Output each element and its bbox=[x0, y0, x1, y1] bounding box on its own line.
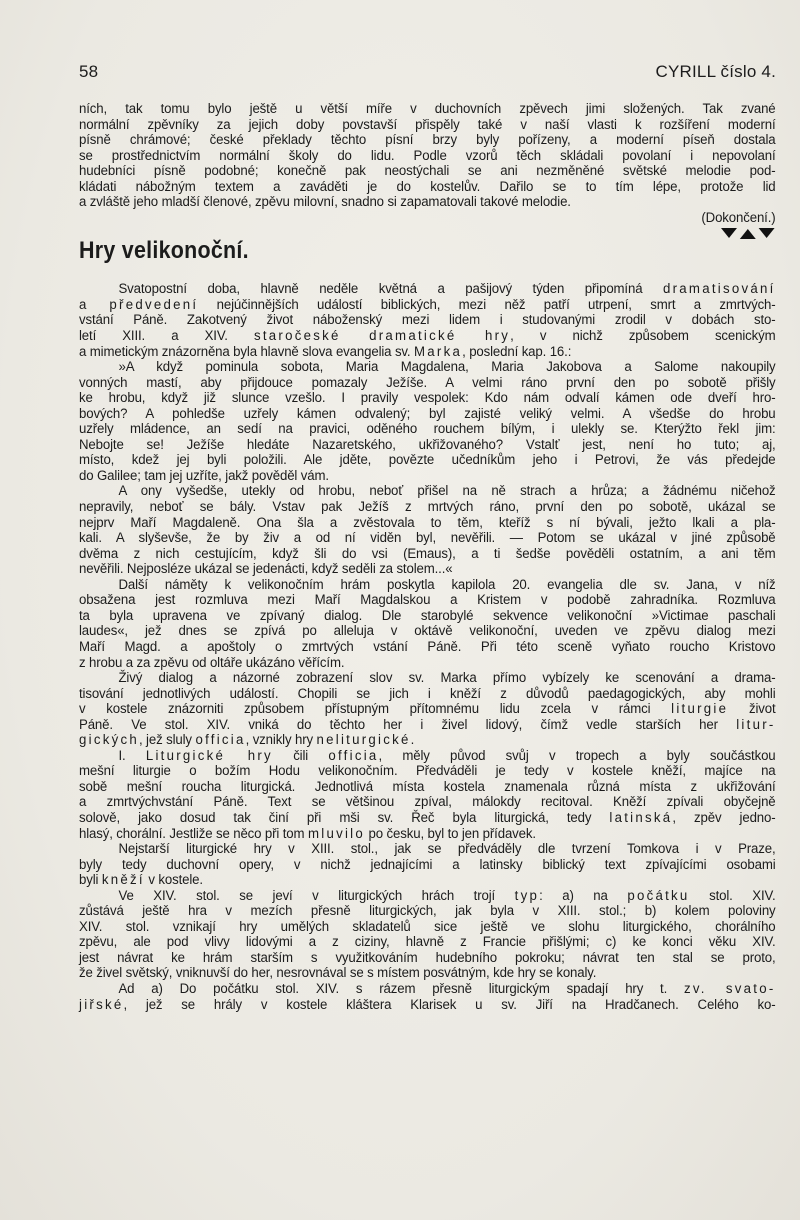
text-line: XIV. stol. vznikají hry umělých skladate… bbox=[79, 919, 776, 935]
text-line: zpěvu, ale pod vlivy lidovými a z ciziny… bbox=[79, 934, 776, 950]
text-line: písně chrámové; české překlady těchto pí… bbox=[79, 132, 776, 148]
text-line: I. Liturgické hry čili officia, měly pův… bbox=[79, 748, 776, 764]
spaced-emphasis: mluvilo bbox=[308, 825, 365, 841]
text-run: v kostele. bbox=[145, 871, 203, 887]
text-run: v kostele znázorniti způsobem přístupným… bbox=[79, 700, 671, 716]
text-run: dvěma z nich cestujícím, když šli do vsi… bbox=[79, 545, 776, 561]
triangle-ornament-icon bbox=[721, 227, 776, 241]
text-line: a zvláště jeho mladší členové, zpěvu mil… bbox=[79, 194, 776, 210]
text-run: Ad a) Do počátku stol. XIV. s rázem přes… bbox=[118, 980, 683, 996]
text-run: a mimetickým znázorněna byla hlavně slov… bbox=[79, 343, 414, 359]
running-title: CYRILL číslo 4. bbox=[656, 62, 776, 82]
text-run: hlasý, chorální. Jestliže se něco při to… bbox=[79, 825, 308, 841]
text-line: hlasý, chorální. Jestliže se něco při to… bbox=[79, 826, 776, 842]
paragraph: Další náměty k velikonočním hrám poskytl… bbox=[79, 577, 776, 670]
text-line: Páně. Ve stol. XIV. vniká do těchto her … bbox=[79, 717, 776, 733]
text-line: v kostele znázorniti způsobem přístupným… bbox=[79, 701, 776, 717]
text-line: jest návrat ke hrám starším s využitková… bbox=[79, 950, 776, 966]
text-run: nejúčinnějších událostí biblických, mezi… bbox=[198, 296, 775, 312]
text-run: kali. A slyševše, že by živ a od ní vidě… bbox=[79, 529, 776, 545]
text-line: byli kněží v kostele. bbox=[79, 872, 776, 888]
spaced-emphasis: jiřské bbox=[79, 996, 123, 1012]
spaced-emphasis: kněží bbox=[102, 871, 145, 887]
text-run: místo, kdež jej byli položili. Ale jděte… bbox=[79, 451, 776, 467]
text-run: do Galilee; tam jej uzříte, jakž pověděl… bbox=[79, 467, 329, 483]
text-run: laudes«, jež dnes se zpívá po alleluja v… bbox=[79, 622, 776, 638]
text-line: Maří Magd. a apoštoly o zmrtvých vstání … bbox=[79, 639, 776, 655]
text-line: sobě mešní roucha liturgická. Jednotlivá… bbox=[79, 779, 776, 795]
text-run: ta byla upravena ve zpívaný dialog. Dle … bbox=[79, 607, 776, 623]
paragraph: Ve XIV. stol. se jeví v liturgických hrá… bbox=[79, 888, 776, 981]
text-run: Páně. Ve stol. XIV. vniká do těchto her … bbox=[79, 716, 736, 732]
text-line: laudes«, jež dnes se zpívá po alleluja v… bbox=[79, 623, 776, 639]
text-run: sobě mešní roucha liturgická. Jednotlivá… bbox=[79, 778, 776, 794]
text-run: , v nichž způsobem scenickým bbox=[510, 327, 775, 343]
paragraph: I. Liturgické hry čili officia, měly pův… bbox=[79, 748, 776, 841]
text-run: vonných mastí, aby přijdouce pomazaly Je… bbox=[79, 374, 776, 390]
paragraph: Ad a) Do počátku stol. XIV. s rázem přes… bbox=[79, 981, 776, 1012]
spaced-emphasis: gických bbox=[79, 731, 139, 747]
spaced-emphasis: Marka bbox=[414, 343, 462, 359]
text-run: , poslední kap. 16.: bbox=[462, 343, 571, 359]
text-run: , jež se hrály v kostele kláštera Klaris… bbox=[123, 996, 775, 1012]
article-heading-row: Hry velikonoční. bbox=[79, 225, 776, 277]
text-run: nevěřili. Nejposléze ukázal se jedenácti… bbox=[79, 560, 452, 576]
end-note: (Dokončení.) bbox=[79, 210, 776, 226]
text-run: Nejstarší liturgické hry v XIII. stol., … bbox=[118, 840, 775, 856]
text-line: se prostřednictvím normální školy do lid… bbox=[79, 148, 776, 164]
text-run: mešní liturgie o božím Hodu velikonočním… bbox=[79, 762, 776, 778]
text-run: bových? A pohledše uzřely kámen odvalený… bbox=[79, 405, 776, 421]
text-line: nepravily, neboť se bály. Vstav pak Ježí… bbox=[79, 499, 776, 515]
text-run: že živel světský, vniknuvší do her, nesr… bbox=[79, 964, 596, 980]
text-line: nevěřili. Nejposléze ukázal se jedenácti… bbox=[79, 561, 776, 577]
text-line: a předvedení nejúčinnějších událostí bib… bbox=[79, 297, 776, 313]
spaced-emphasis: staročeské dramatické hry bbox=[254, 327, 510, 343]
text-line: zůstává ještě hra v mezích přesně liturg… bbox=[79, 903, 776, 919]
text-run: : a) na bbox=[539, 887, 627, 903]
text-run: byly tedy duchovní opery, v nichž jednaj… bbox=[79, 856, 776, 872]
text-line: letí XIII. a XIV. staročeské dramatické … bbox=[79, 328, 776, 344]
scanned-page: 58 CYRILL číslo 4. ních, tak tomu bylo j… bbox=[0, 0, 800, 1220]
text-line: do Galilee; tam jej uzříte, jakž pověděl… bbox=[79, 468, 776, 484]
text-line: hudebníci písně podobné; konečně pak neo… bbox=[79, 163, 776, 179]
text-line: obsažena jest rozmluva mezi Maří Magdals… bbox=[79, 592, 776, 608]
text-run: tisování jednotlivých událostí. Chopili … bbox=[79, 685, 776, 701]
text-run: solově, jako dosud tak činí při mši sv. … bbox=[79, 809, 609, 825]
text-run: jest návrat ke hrám starším s využitková… bbox=[79, 949, 776, 965]
text-run: Svatopostní doba, hlavně neděle květná a… bbox=[118, 280, 663, 296]
spaced-emphasis: Liturgické hry bbox=[146, 747, 273, 763]
text-run: zůstává ještě hra v mezích přesně liturg… bbox=[79, 902, 776, 918]
text-line: uzřely mládence, an sedí na pravici, odě… bbox=[79, 421, 776, 437]
text-line: tisování jednotlivých událostí. Chopili … bbox=[79, 686, 776, 702]
text-line: vonných mastí, aby přijdouce pomazaly Je… bbox=[79, 375, 776, 391]
text-line: ních, tak tomu bylo ještě u větší míře v… bbox=[79, 101, 776, 117]
text-run: , vznikly hry bbox=[246, 731, 317, 747]
text-run: XIV. stol. vznikají hry umělých skladate… bbox=[79, 918, 776, 934]
text-line: a zmrtvýchvstání Páně. Text se většinou … bbox=[79, 794, 776, 810]
text-line: Ve XIV. stol. se jeví v liturgických hrá… bbox=[79, 888, 776, 904]
paragraph: Živý dialog a názorné zobrazení slov sv.… bbox=[79, 670, 776, 748]
text-line: Nejstarší liturgické hry v XIII. stol., … bbox=[79, 841, 776, 857]
paragraph: »A když pominula sobota, Maria Magdalena… bbox=[79, 359, 776, 483]
text-run: , měly původ svůj v tropech a byly součá… bbox=[379, 747, 776, 763]
text-line: ke hrobu, když již slunce vzešlo. I prav… bbox=[79, 390, 776, 406]
text-run: Živý dialog a názorné zobrazení slov sv.… bbox=[118, 669, 775, 685]
text-run: A ony vyšedše, utekly od hrobu, neboť př… bbox=[118, 482, 775, 498]
spaced-emphasis: officia bbox=[328, 747, 378, 763]
text-line: a mimetickým znázorněna byla hlavně slov… bbox=[79, 344, 776, 360]
text-line: ta byla upravena ve zpívaný dialog. Dle … bbox=[79, 608, 776, 624]
text-run: nejprv Maří Magdaleně. Ona šla a zvěstov… bbox=[79, 514, 776, 530]
text-line: Živý dialog a názorné zobrazení slov sv.… bbox=[79, 670, 776, 686]
spaced-emphasis: dramatisování bbox=[663, 280, 776, 296]
text-run: ke hrobu, když již slunce vzešlo. I prav… bbox=[79, 389, 776, 405]
spaced-emphasis: a předvedení bbox=[79, 296, 198, 312]
article-body: Svatopostní doba, hlavně neděle květná a… bbox=[79, 281, 776, 1012]
text-line: gických, jež sluly officia, vznikly hry … bbox=[79, 732, 776, 748]
spaced-emphasis: litur- bbox=[736, 716, 775, 732]
text-line: jiřské, jež se hrály v kostele kláštera … bbox=[79, 997, 776, 1013]
text-run: I. bbox=[118, 747, 145, 763]
text-run: , jež sluly bbox=[139, 731, 195, 747]
spaced-emphasis: typ bbox=[515, 887, 539, 903]
spaced-emphasis: zv. svato- bbox=[684, 980, 776, 996]
text-line: Ad a) Do počátku stol. XIV. s rázem přes… bbox=[79, 981, 776, 997]
page-header: 58 CYRILL číslo 4. bbox=[79, 62, 776, 86]
paragraph: Nejstarší liturgické hry v XIII. stol., … bbox=[79, 841, 776, 888]
text-run: po česku, byl to jen přídavek. bbox=[365, 825, 536, 841]
spaced-emphasis: neliturgické bbox=[317, 731, 411, 747]
continued-section: ních, tak tomu bylo ještě u větší míře v… bbox=[79, 101, 776, 210]
text-line: byly tedy duchovní opery, v nichž jednaj… bbox=[79, 857, 776, 873]
text-line: vstání Páně. Zakotvený život náboženský … bbox=[79, 312, 776, 328]
page-body: ních, tak tomu bylo ještě u větší míře v… bbox=[79, 101, 776, 1012]
text-run: Další náměty k velikonočním hrám poskytl… bbox=[118, 576, 775, 592]
text-line: nejprv Maří Magdaleně. Ona šla a zvěstov… bbox=[79, 515, 776, 531]
text-run: a zmrtvýchvstání Páně. Text se většinou … bbox=[79, 793, 776, 809]
text-run: nepravily, neboť se bály. Vstav pak Ježí… bbox=[79, 498, 776, 514]
text-line: že živel světský, vniknuvší do her, nesr… bbox=[79, 965, 776, 981]
text-run: byli bbox=[79, 871, 102, 887]
text-line: místo, kdež jej byli položili. Ale jděte… bbox=[79, 452, 776, 468]
text-run: život bbox=[728, 700, 775, 716]
text-run: obsažena jest rozmluva mezi Maří Magdals… bbox=[79, 591, 776, 607]
text-run: . bbox=[411, 731, 415, 747]
text-run: stol. XIV. bbox=[690, 887, 776, 903]
text-run: , zpěv jedno- bbox=[672, 809, 775, 825]
spaced-emphasis: officia bbox=[195, 731, 245, 747]
article-title: Hry velikonoční. bbox=[79, 243, 249, 259]
text-run: »A když pominula sobota, Maria Magdalena… bbox=[118, 358, 775, 374]
text-line: normální zpěvníky za jejich doby povstav… bbox=[79, 117, 776, 133]
text-line: z hrobu a za zpěvu od oltáře ukázáno věř… bbox=[79, 655, 776, 671]
spaced-emphasis: latinská bbox=[609, 809, 672, 825]
text-line: Svatopostní doba, hlavně neděle květná a… bbox=[79, 281, 776, 297]
text-run: Ve XIV. stol. se jeví v liturgických hrá… bbox=[118, 887, 514, 903]
paragraph: Svatopostní doba, hlavně neděle květná a… bbox=[79, 281, 776, 359]
text-line: »A když pominula sobota, Maria Magdalena… bbox=[79, 359, 776, 375]
text-line: kali. A slyševše, že by živ a od ní vidě… bbox=[79, 530, 776, 546]
text-run: zpěvu, ale pod vlivy lidovými a z ciziny… bbox=[79, 933, 776, 949]
text-run: Nebojte se! Ježíše hledáte Nazaretského,… bbox=[79, 436, 776, 452]
text-run: z hrobu a za zpěvu od oltáře ukázáno věř… bbox=[79, 654, 344, 670]
text-line: dvěma z nich cestujícím, když šli do vsi… bbox=[79, 546, 776, 562]
text-line: A ony vyšedše, utekly od hrobu, neboť př… bbox=[79, 483, 776, 499]
text-line: Nebojte se! Ježíše hledáte Nazaretského,… bbox=[79, 437, 776, 453]
text-run: letí XIII. a XIV. bbox=[79, 327, 254, 343]
text-run: čili bbox=[273, 747, 328, 763]
spaced-emphasis: počátku bbox=[627, 887, 689, 903]
text-run: Maří Magd. a apoštoly o zmrtvých vstání … bbox=[79, 638, 776, 654]
text-line: bových? A pohledše uzřely kámen odvalený… bbox=[79, 406, 776, 422]
page-number: 58 bbox=[79, 62, 98, 82]
text-line: solově, jako dosud tak činí při mši sv. … bbox=[79, 810, 776, 826]
text-line: mešní liturgie o božím Hodu velikonočním… bbox=[79, 763, 776, 779]
text-line: Další náměty k velikonočním hrám poskytl… bbox=[79, 577, 776, 593]
text-run: vstání Páně. Zakotvený život náboženský … bbox=[79, 311, 776, 327]
text-run: uzřely mládence, an sedí na pravici, odě… bbox=[79, 420, 776, 436]
text-line: kládati nábožným textem a zaváděti je do… bbox=[79, 179, 776, 195]
spaced-emphasis: liturgie bbox=[671, 700, 728, 716]
paragraph: A ony vyšedše, utekly od hrobu, neboť př… bbox=[79, 483, 776, 576]
